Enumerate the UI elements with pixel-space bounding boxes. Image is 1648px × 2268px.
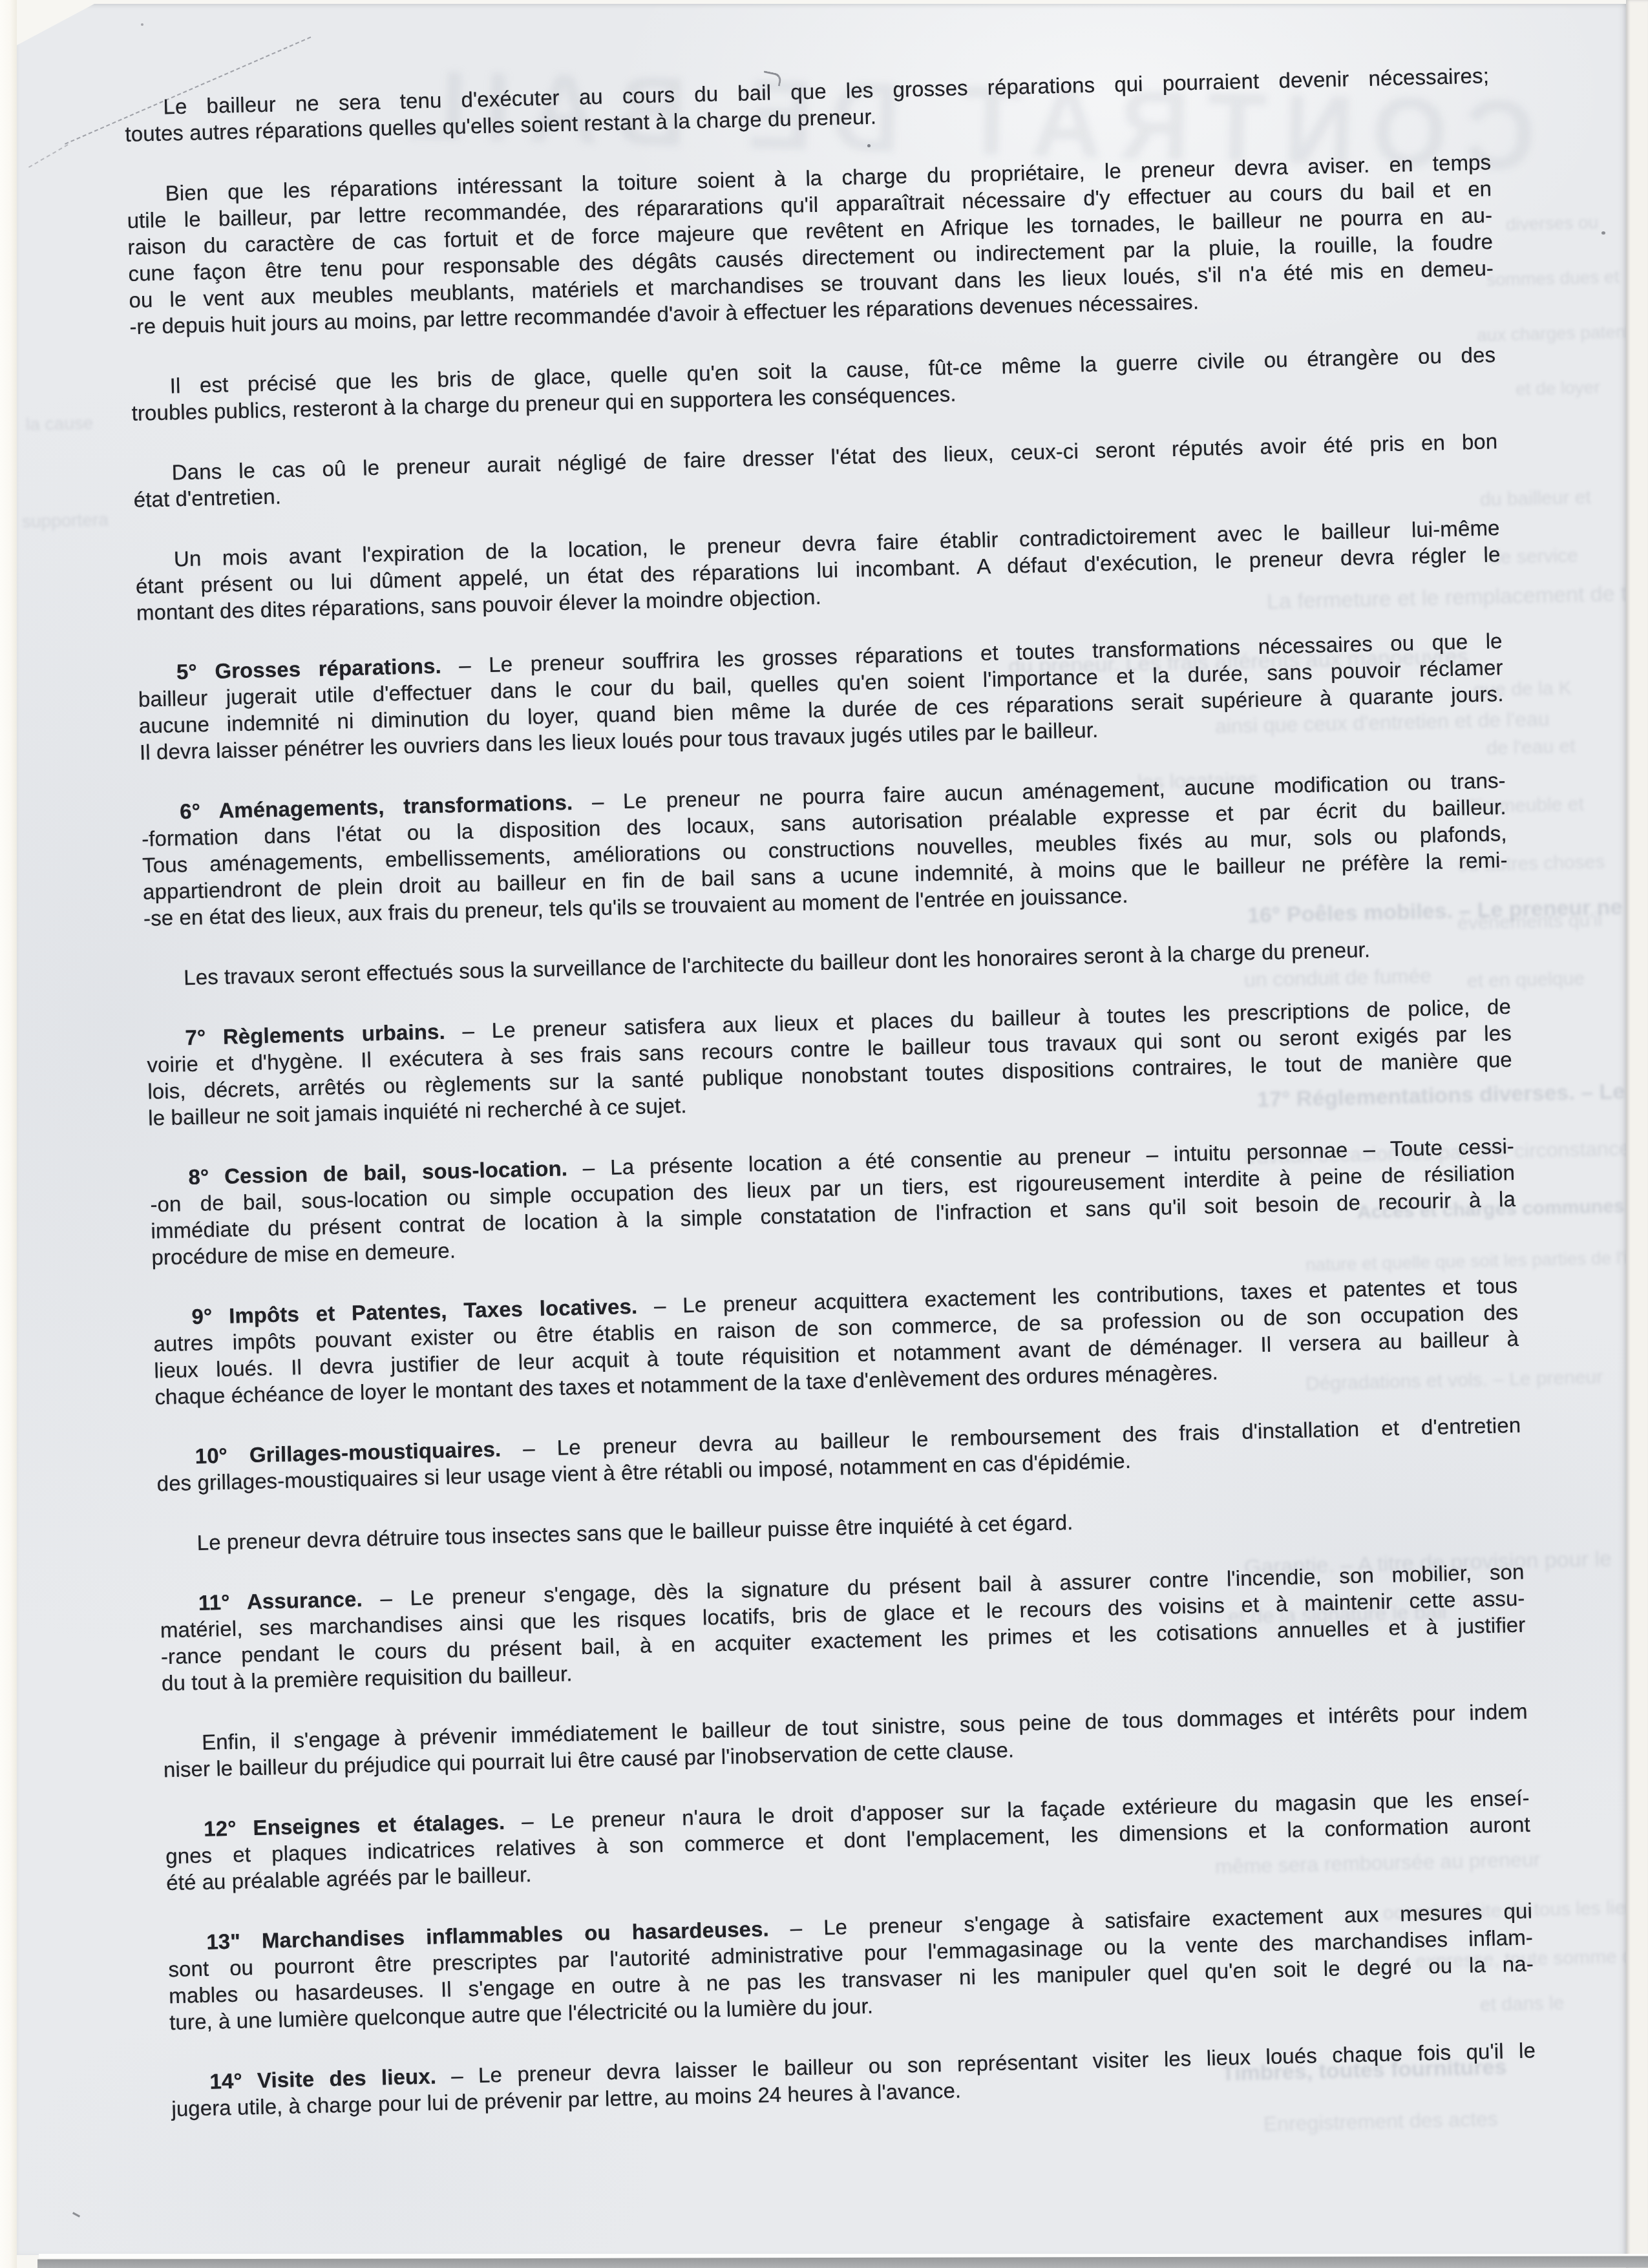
ink-speck bbox=[141, 23, 143, 26]
paragraph: 10° Grillages-moustiquaires. – Le preneu… bbox=[156, 1412, 1521, 1497]
ghost-text-fragment: de service bbox=[1490, 545, 1578, 569]
ink-speck bbox=[1601, 231, 1605, 235]
text-line: Les travaux seront effectués sous la sur… bbox=[145, 933, 1510, 992]
clause-heading: 11° Assurance. bbox=[198, 1587, 363, 1615]
ink-speck bbox=[72, 2212, 80, 2217]
paper-sheet: CONTRAT DE BAIL La fermeture et le rempl… bbox=[17, 4, 1626, 2255]
paragraph: 8° Cession de bail, sous-location. – La … bbox=[149, 1133, 1516, 1271]
paragraph: 5° Grosses réparations. – Le preneur sou… bbox=[138, 627, 1505, 766]
crease-mark-tail bbox=[28, 144, 69, 168]
ghost-text-fragment: sommes dues et bbox=[1486, 267, 1620, 291]
paragraph: Dans le cas oû le preneur aurait négligé… bbox=[132, 428, 1498, 513]
paragraph: Enfin, il s'engage à prévenir immédiatem… bbox=[163, 1698, 1528, 1783]
scanner-edge-left bbox=[0, 0, 17, 2268]
paragraph: Les travaux seront effectués sous la sur… bbox=[145, 933, 1510, 992]
paragraph: Il est précisé que les bris de glace, qu… bbox=[131, 341, 1496, 426]
paragraph: 7° Règlements urbains. – Le preneur sati… bbox=[146, 993, 1513, 1131]
ghost-text-fragment: diverses ou bbox=[1506, 212, 1599, 235]
paragraph: 6° Aménagements, transformations. – Le p… bbox=[141, 767, 1508, 932]
lease-clauses-text: Le bailleur ne sera tenu d'exécuter au c… bbox=[124, 62, 1537, 2156]
paragraph: Le preneur devra détruire tous insectes … bbox=[158, 1498, 1523, 1557]
paragraph: 9° Impôts et Patentes, Taxes locatives. … bbox=[153, 1272, 1519, 1411]
paragraph: 11° Assurance. – Le preneur s'engage, dè… bbox=[160, 1559, 1527, 1697]
paragraph: Un mois avant l'expiration de la locatio… bbox=[134, 514, 1501, 626]
scanner-edge-right bbox=[1626, 0, 1648, 2268]
paragraph: 12° Enseignes et étalages. – Le preneur … bbox=[165, 1785, 1531, 1896]
clause-heading: 14° Visite des lieux. bbox=[209, 2064, 436, 2093]
ghost-text-fragment: et de loyer bbox=[1516, 377, 1600, 400]
ghost-text-fragment: supportera bbox=[22, 509, 109, 532]
paragraph: Bien que les réparations intéressant la … bbox=[126, 149, 1494, 340]
paragraph: 14° Visite des lieux. – Le preneur devra… bbox=[171, 2037, 1536, 2122]
ghost-text-fragment: aux charges patentes bbox=[1477, 321, 1626, 346]
text-line: Le preneur devra détruire tous insectes … bbox=[158, 1498, 1523, 1557]
ghost-text-fragment: la cause bbox=[26, 413, 94, 435]
paragraph: 13" Marchandises inflammables ou hasarde… bbox=[167, 1897, 1534, 2035]
